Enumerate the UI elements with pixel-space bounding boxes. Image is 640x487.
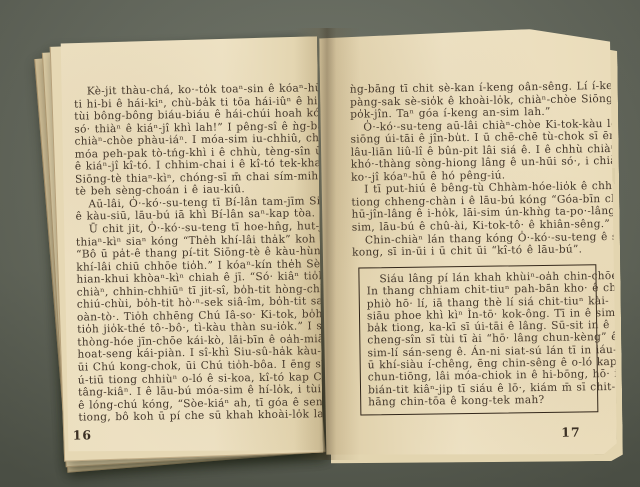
- text-line: tiong, bô koh ū pí che sū khah khoài-lo̍…: [78, 409, 313, 425]
- open-book: Kè-jit thàu-chá, ko·-to̍k toaⁿ-sin ê kóa…: [36, 28, 616, 460]
- page-right: ǹg-bāng tī chit sè-kan í-keng oân-sêng. …: [319, 28, 617, 458]
- quote-box: Siáu lâng pí lán khah khùiⁿ-oa̍h chin-ch…: [358, 264, 598, 416]
- page-left-text: Kè-jit thàu-chá, ko·-to̍k toaⁿ-sin ê kóa…: [74, 82, 314, 424]
- book-photo-background: Kè-jit thàu-chá, ko·-to̍k toaⁿ-sin ê kóa…: [0, 0, 640, 487]
- text-line: hāng chin-tōa ê kong-tek mah?: [368, 393, 590, 408]
- page-right-text: ǹg-bāng tī chit sè-kan í-keng oân-sêng. …: [350, 80, 580, 259]
- page-number-left: 16: [73, 427, 93, 442]
- text-line: kong, sī in-ūi i ū chit ūi “kî-tó ê lāu-…: [352, 244, 580, 260]
- page-left: Kè-jit thàu-chá, ko·-to̍k toaⁿ-sin ê kóa…: [59, 36, 323, 454]
- page-number-right: 17: [561, 424, 581, 439]
